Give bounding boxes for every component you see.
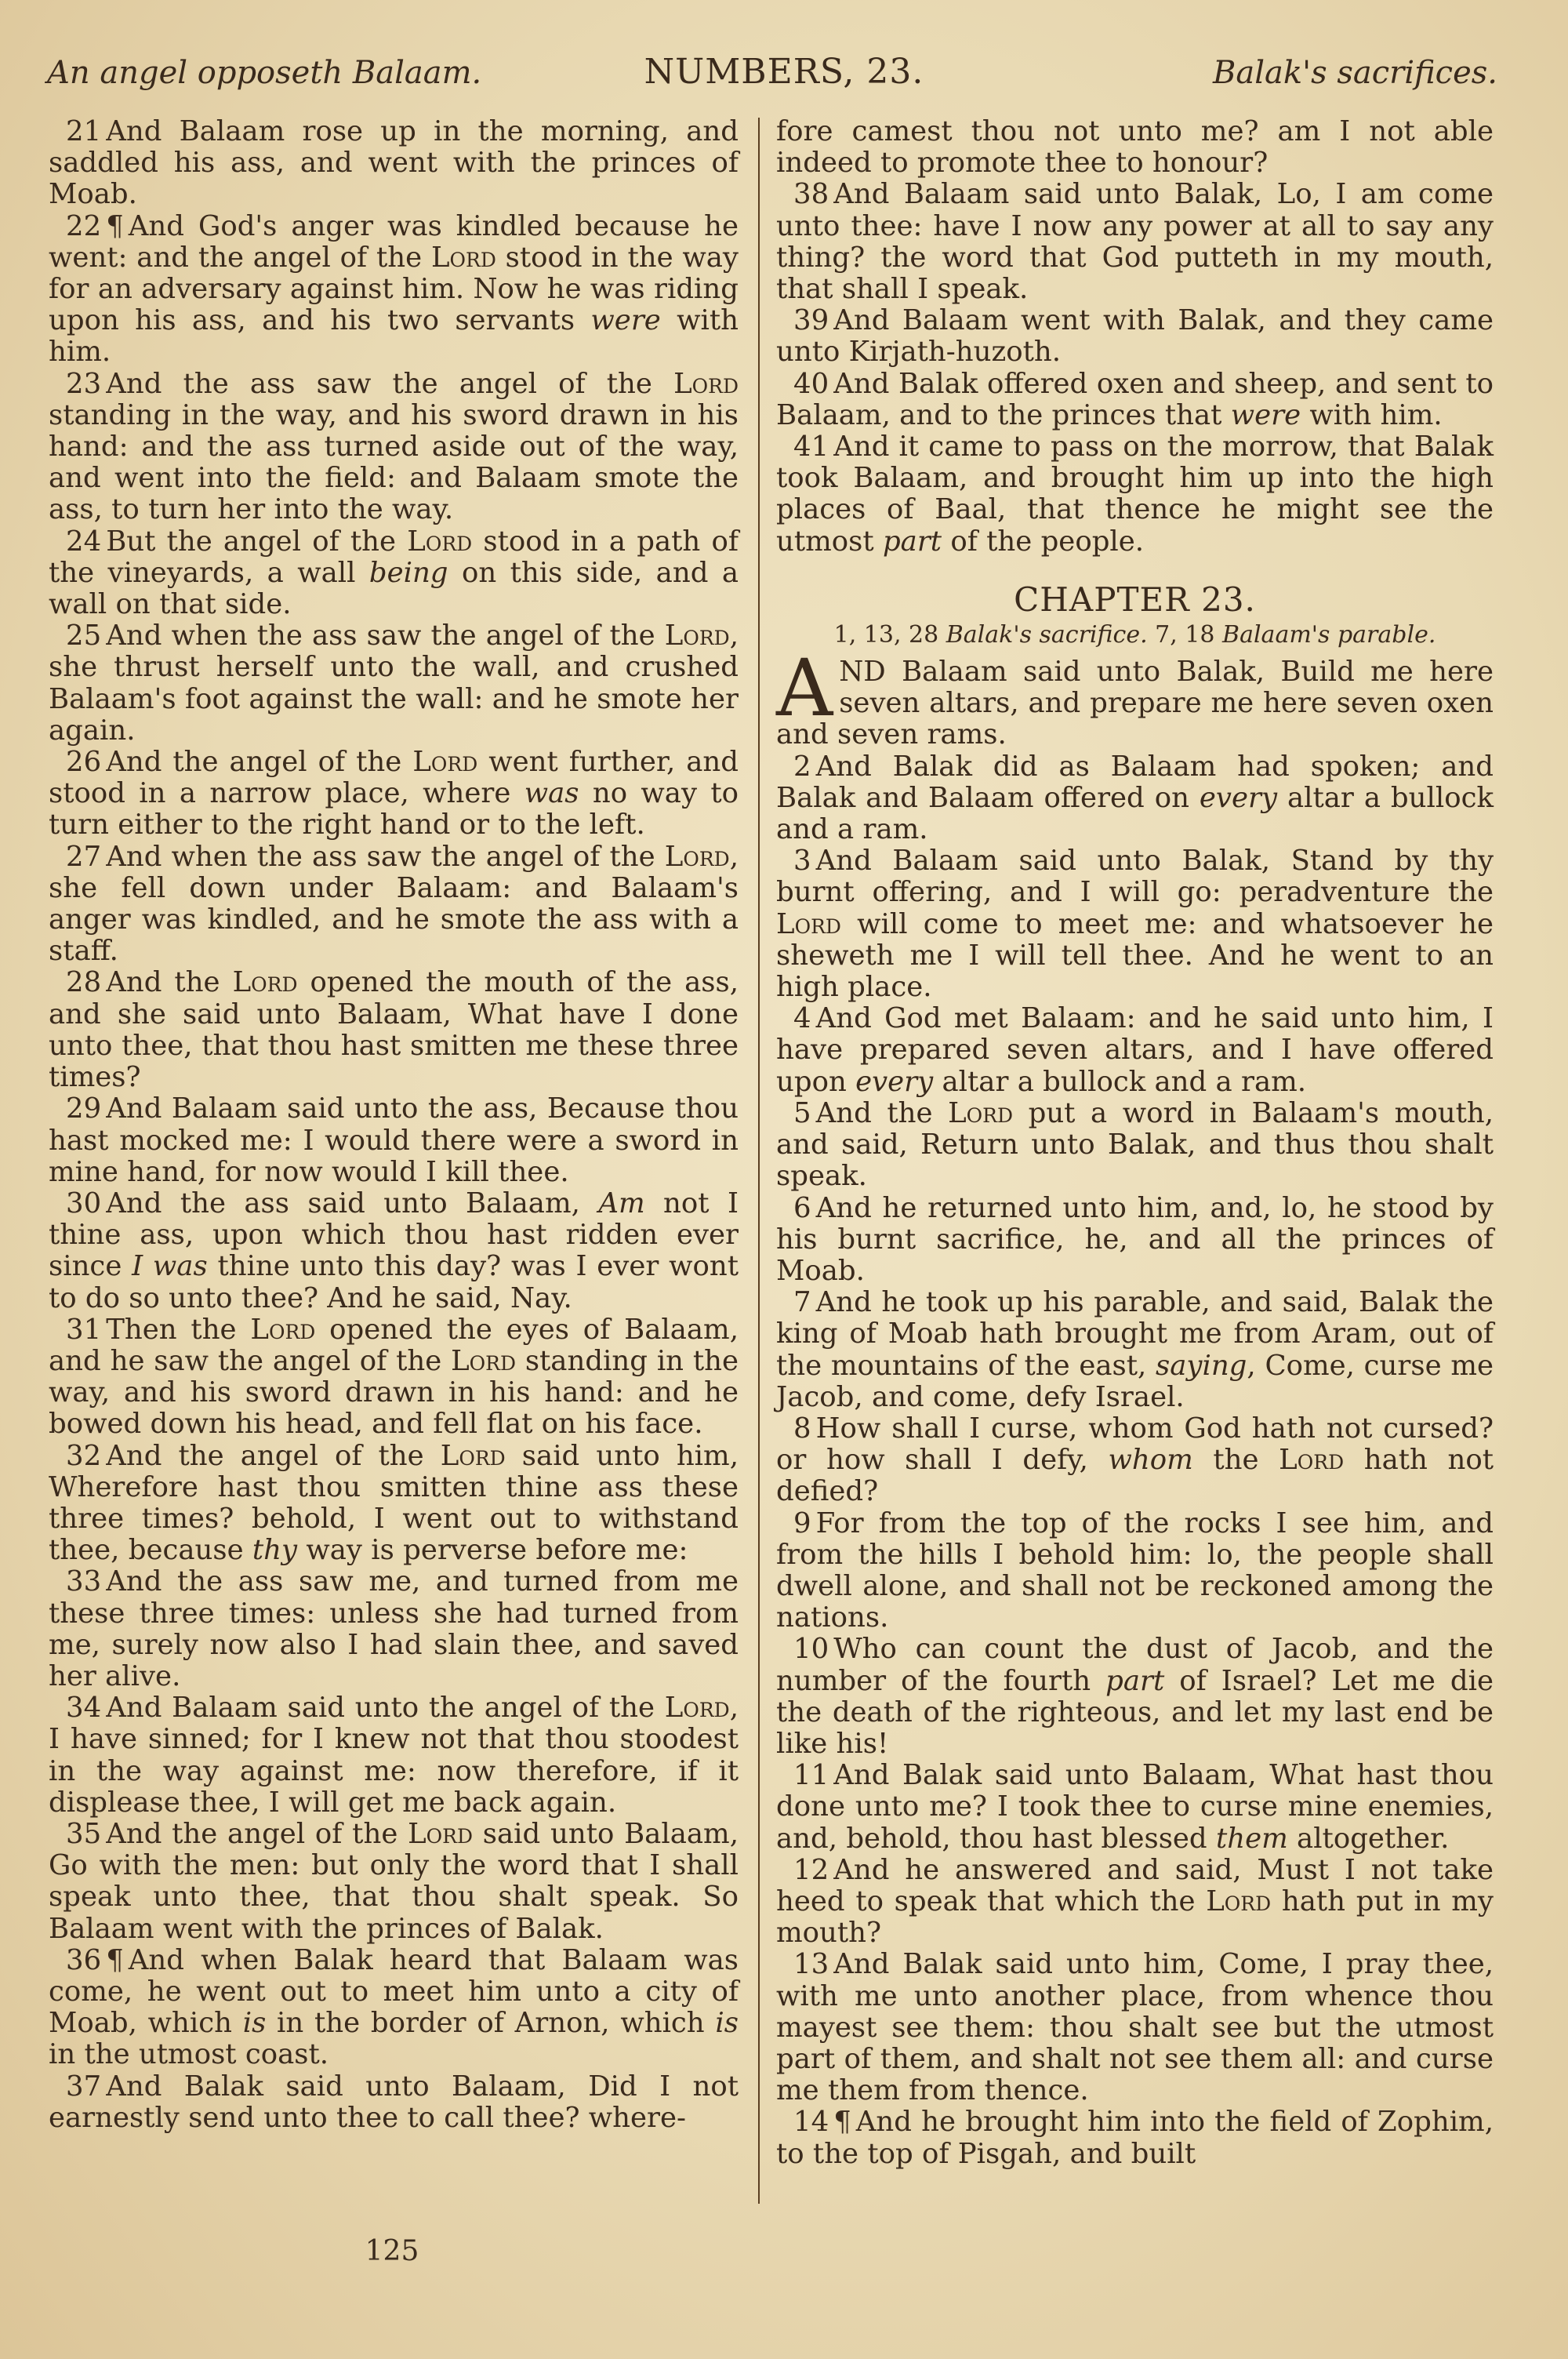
verse-14: 14¶And he brought him into the field of …: [776, 2106, 1494, 2169]
verse-13: 13And Balak said unto him, Come, I pray …: [776, 1949, 1494, 2106]
verse-39: 39And Balaam went with Balak, and they c…: [776, 305, 1494, 368]
verse-number: 25: [66, 620, 101, 652]
verse-number: 38: [793, 178, 829, 210]
verse-text: ND Balaam said unto Balak, Build me here…: [776, 656, 1494, 751]
verse-3: 3And Balaam said unto Balak, Stand by th…: [776, 845, 1494, 1003]
verse-number: 31: [66, 1314, 101, 1346]
verse-1: AND Balaam said unto Balak, Build me her…: [776, 656, 1494, 751]
verse-number: 10: [793, 1633, 829, 1665]
right-column: fore camest thou not unto me? am I not a…: [776, 116, 1494, 2170]
left-column: 21And Balaam rose up in the morning, and…: [49, 116, 739, 2134]
verse-33: 33And the ass saw me, and turned from me…: [49, 1566, 739, 1692]
verse-number: 6: [793, 1192, 811, 1224]
pilcrow-icon: ¶: [106, 1944, 124, 1976]
verse-continuation: fore camest thou not unto me? am I not a…: [776, 116, 1494, 179]
verse-number: 22: [66, 210, 101, 242]
verse-number: 35: [66, 1818, 101, 1850]
verse-31: 31Then the Lord opened the eyes of Balaa…: [49, 1314, 739, 1441]
verse-number: 9: [793, 1507, 811, 1539]
verse-number: 14: [793, 2106, 829, 2138]
verse-number: 11: [793, 1759, 829, 1791]
verse-number: 32: [66, 1440, 101, 1472]
verse-number: 39: [793, 304, 829, 336]
verse-number: 36: [66, 1944, 101, 1976]
verse-9: 9For from the top of the rocks I see him…: [776, 1508, 1494, 1634]
verse-number: 21: [66, 115, 101, 147]
verse-35: 35And the angel of the Lord said unto Ba…: [49, 1819, 739, 1945]
header-right-title: Balak's sacrifices.: [1213, 55, 1497, 91]
verse-6: 6And he returned unto him, and, lo, he s…: [776, 1193, 1494, 1288]
verse-number: 33: [66, 1565, 101, 1598]
verse-23: 23And the ass saw the angel of the Lord …: [49, 369, 739, 526]
verse-number: 40: [793, 368, 829, 400]
verse-number: 4: [793, 1002, 811, 1034]
verse-7: 7And he took up his parable, and said, B…: [776, 1287, 1494, 1413]
verse-10: 10Who can count the dust of Jacob, and t…: [776, 1634, 1494, 1760]
verse-number: 5: [793, 1097, 811, 1129]
verse-12: 12And he answered and said, Must I not t…: [776, 1855, 1494, 1950]
verse-28: 28And the Lord opened the mouth of the a…: [49, 967, 739, 1093]
verse-2: 2And Balak did as Balaam had spoken; and…: [776, 751, 1494, 846]
verse-29: 29And Balaam said unto the ass, Because …: [49, 1093, 739, 1188]
pilcrow-icon: ¶: [833, 2106, 851, 2138]
verse-30: 30And the ass said unto Balaam, Am not I…: [49, 1188, 739, 1314]
chapter-heading: CHAPTER 23.: [776, 584, 1494, 616]
verse-number: 26: [66, 746, 101, 778]
verse-4: 4And God met Balaam: and he said unto hi…: [776, 1003, 1494, 1098]
verse-38: 38And Balaam said unto Balak, Lo, I am c…: [776, 179, 1494, 305]
running-head: An angel opposeth Balaam. NUMBERS, 23. B…: [47, 49, 1521, 104]
verse-25: 25And when the ass saw the angel of the …: [49, 620, 739, 747]
verse-5: 5And the Lord put a word in Balaam's mou…: [776, 1098, 1494, 1193]
verse-number: 2: [793, 751, 811, 783]
verse-number: 8: [793, 1412, 811, 1445]
verse-37: 37And Balak said unto Balaam, Did I not …: [49, 2071, 739, 2134]
verse-number: 34: [66, 1692, 101, 1724]
verse-number: 41: [793, 431, 829, 463]
pilcrow-icon: ¶: [106, 210, 124, 242]
drop-cap: A: [776, 658, 833, 719]
verse-number: 13: [793, 1948, 829, 1980]
verse-27: 27And when the ass saw the angel of the …: [49, 841, 739, 968]
bible-page: An angel opposeth Balaam. NUMBERS, 23. B…: [0, 0, 1568, 2359]
verse-number: 37: [66, 2070, 101, 2103]
verse-number: 27: [66, 841, 101, 873]
chapter-summary: 1, 13, 28 Balak's sacrifice. 7, 18 Balaa…: [776, 622, 1494, 649]
verse-32: 32And the angel of the Lord said unto hi…: [49, 1441, 739, 1567]
verse-number: 29: [66, 1092, 101, 1125]
verse-22: 22¶And God's anger was kindled because h…: [49, 211, 739, 369]
verse-number: 3: [793, 845, 811, 877]
verse-21: 21And Balaam rose up in the morning, and…: [49, 116, 739, 211]
verse-36: 36¶And when Balak heard that Balaam was …: [49, 1945, 739, 2071]
column-divider: [758, 118, 760, 2204]
verse-number: 24: [66, 525, 101, 558]
right-column-verses-chapter-22: fore camest thou not unto me? am I not a…: [776, 116, 1494, 558]
verse-number: 28: [66, 966, 101, 998]
verse-number: 30: [66, 1187, 101, 1219]
verse-8: 8How shall I curse, whom God hath not cu…: [776, 1413, 1494, 1508]
page-number: 125: [314, 2235, 470, 2267]
verse-40: 40And Balak offered oxen and sheep, and …: [776, 369, 1494, 431]
verse-24: 24But the angel of the Lord stood in a p…: [49, 526, 739, 621]
right-column-verses-chapter-23: 2And Balak did as Balaam had spoken; and…: [776, 751, 1494, 2170]
verse-number: 23: [66, 368, 101, 400]
verse-number: 7: [793, 1286, 811, 1318]
verse-34: 34And Balaam said unto the angel of the …: [49, 1692, 739, 1819]
verse-26: 26And the angel of the Lord went further…: [49, 747, 739, 841]
verse-41: 41And it came to pass on the morrow, tha…: [776, 431, 1494, 558]
verse-number: 12: [793, 1854, 829, 1886]
verse-11: 11And Balak said unto Balaam, What hast …: [776, 1760, 1494, 1855]
